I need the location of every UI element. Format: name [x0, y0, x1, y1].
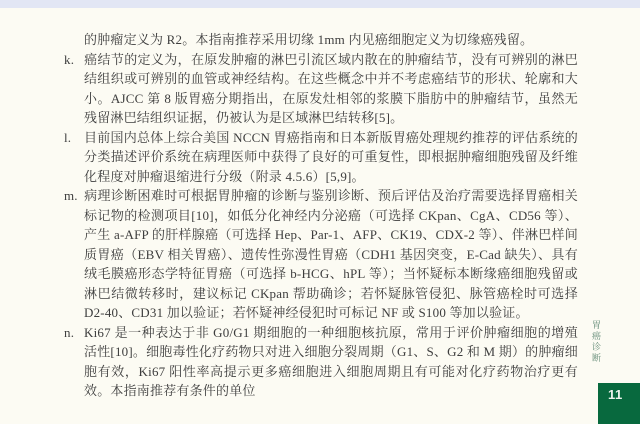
list-item-k: k.癌结节的定义为，在原发肿瘤的淋巴引流区域内散在的肿瘤结节，没有可辨别的淋巴结…: [84, 50, 578, 128]
item-text-m: 病理诊断困难时可根据胃肿瘤的诊断与鉴别诊断、预后评估及治疗需要选择胃癌相关标记物…: [84, 188, 578, 320]
item-marker-n: n.: [64, 323, 84, 343]
chapter-tab-label: 胃癌诊断: [590, 320, 603, 364]
list-item-l: l.目前国内总体上综合美国 NCCN 胃癌指南和日本新版胃癌处理规约推荐的评估系…: [84, 128, 578, 187]
paragraph-continuation: 的肿瘤定义为 R2。本指南推荐采用切缘 1mm 内见癌细胞定义为切缘癌残留。: [84, 30, 578, 50]
document-page: 的肿瘤定义为 R2。本指南推荐采用切缘 1mm 内见癌细胞定义为切缘癌残留。 k…: [0, 0, 640, 424]
page-number: 11: [608, 387, 623, 402]
item-text-k: 癌结节的定义为，在原发肿瘤的淋巴引流区域内散在的肿瘤结节，没有可辨别的淋巴结组织…: [84, 52, 578, 126]
item-text-l: 目前国内总体上综合美国 NCCN 胃癌指南和日本新版胃癌处理规约推荐的评估系统的…: [84, 130, 578, 184]
item-text-n: Ki67 是一种表达于非 G0/G1 期细胞的一种细胞核抗原，常用于评价肿瘤细胞…: [84, 325, 578, 399]
top-window-strip: [0, 0, 640, 8]
list-item-m: m.病理诊断困难时可根据胃肿瘤的诊断与鉴别诊断、预后评估及治疗需要选择胃癌相关标…: [84, 186, 578, 323]
page-number-block: 11: [598, 383, 640, 424]
list-item-n: n.Ki67 是一种表达于非 G0/G1 期细胞的一种细胞核抗原，常用于评价肿瘤…: [84, 323, 578, 401]
body-text-block: 的肿瘤定义为 R2。本指南推荐采用切缘 1mm 内见癌细胞定义为切缘癌残留。 k…: [84, 30, 578, 401]
item-marker-m: m.: [64, 186, 84, 206]
item-marker-l: l.: [64, 128, 84, 148]
item-marker-k: k.: [64, 50, 84, 70]
